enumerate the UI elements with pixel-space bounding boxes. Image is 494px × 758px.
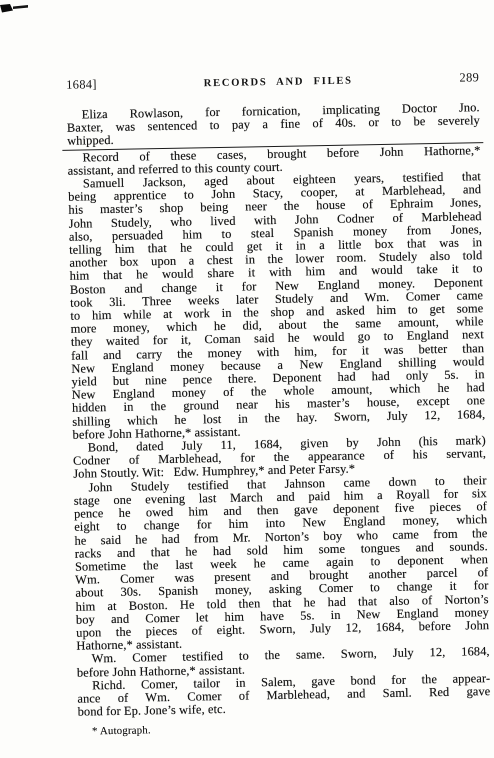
paragraph: John Studely testified that Jahnson came… bbox=[73, 474, 489, 653]
header-year: 1684] bbox=[66, 77, 97, 93]
page-content: 1684] RECORDS AND FILES 289 Eliza Rowlas… bbox=[66, 70, 491, 738]
footnote: * Autograph. bbox=[78, 718, 491, 738]
header-page-number: 289 bbox=[459, 70, 479, 85]
paragraph: Richd. Comer, tailor in Salem, gave bond… bbox=[77, 672, 491, 719]
ink-smudge-artifact bbox=[0, 2, 32, 16]
header-title: RECORDS AND FILES bbox=[204, 76, 353, 90]
intro-section: Eliza Rowlason, for fornication, implica… bbox=[67, 101, 481, 148]
court-record-section: Record of these cases, brought before Jo… bbox=[67, 144, 490, 719]
paragraph: Eliza Rowlason, for fornication, implica… bbox=[67, 101, 481, 148]
paragraph: Samuell Jackson, aged about eighteen yea… bbox=[68, 170, 486, 442]
running-header: 1684] RECORDS AND FILES 289 bbox=[66, 70, 479, 93]
scanned-book-page: 1684] RECORDS AND FILES 289 Eliza Rowlas… bbox=[0, 0, 494, 758]
